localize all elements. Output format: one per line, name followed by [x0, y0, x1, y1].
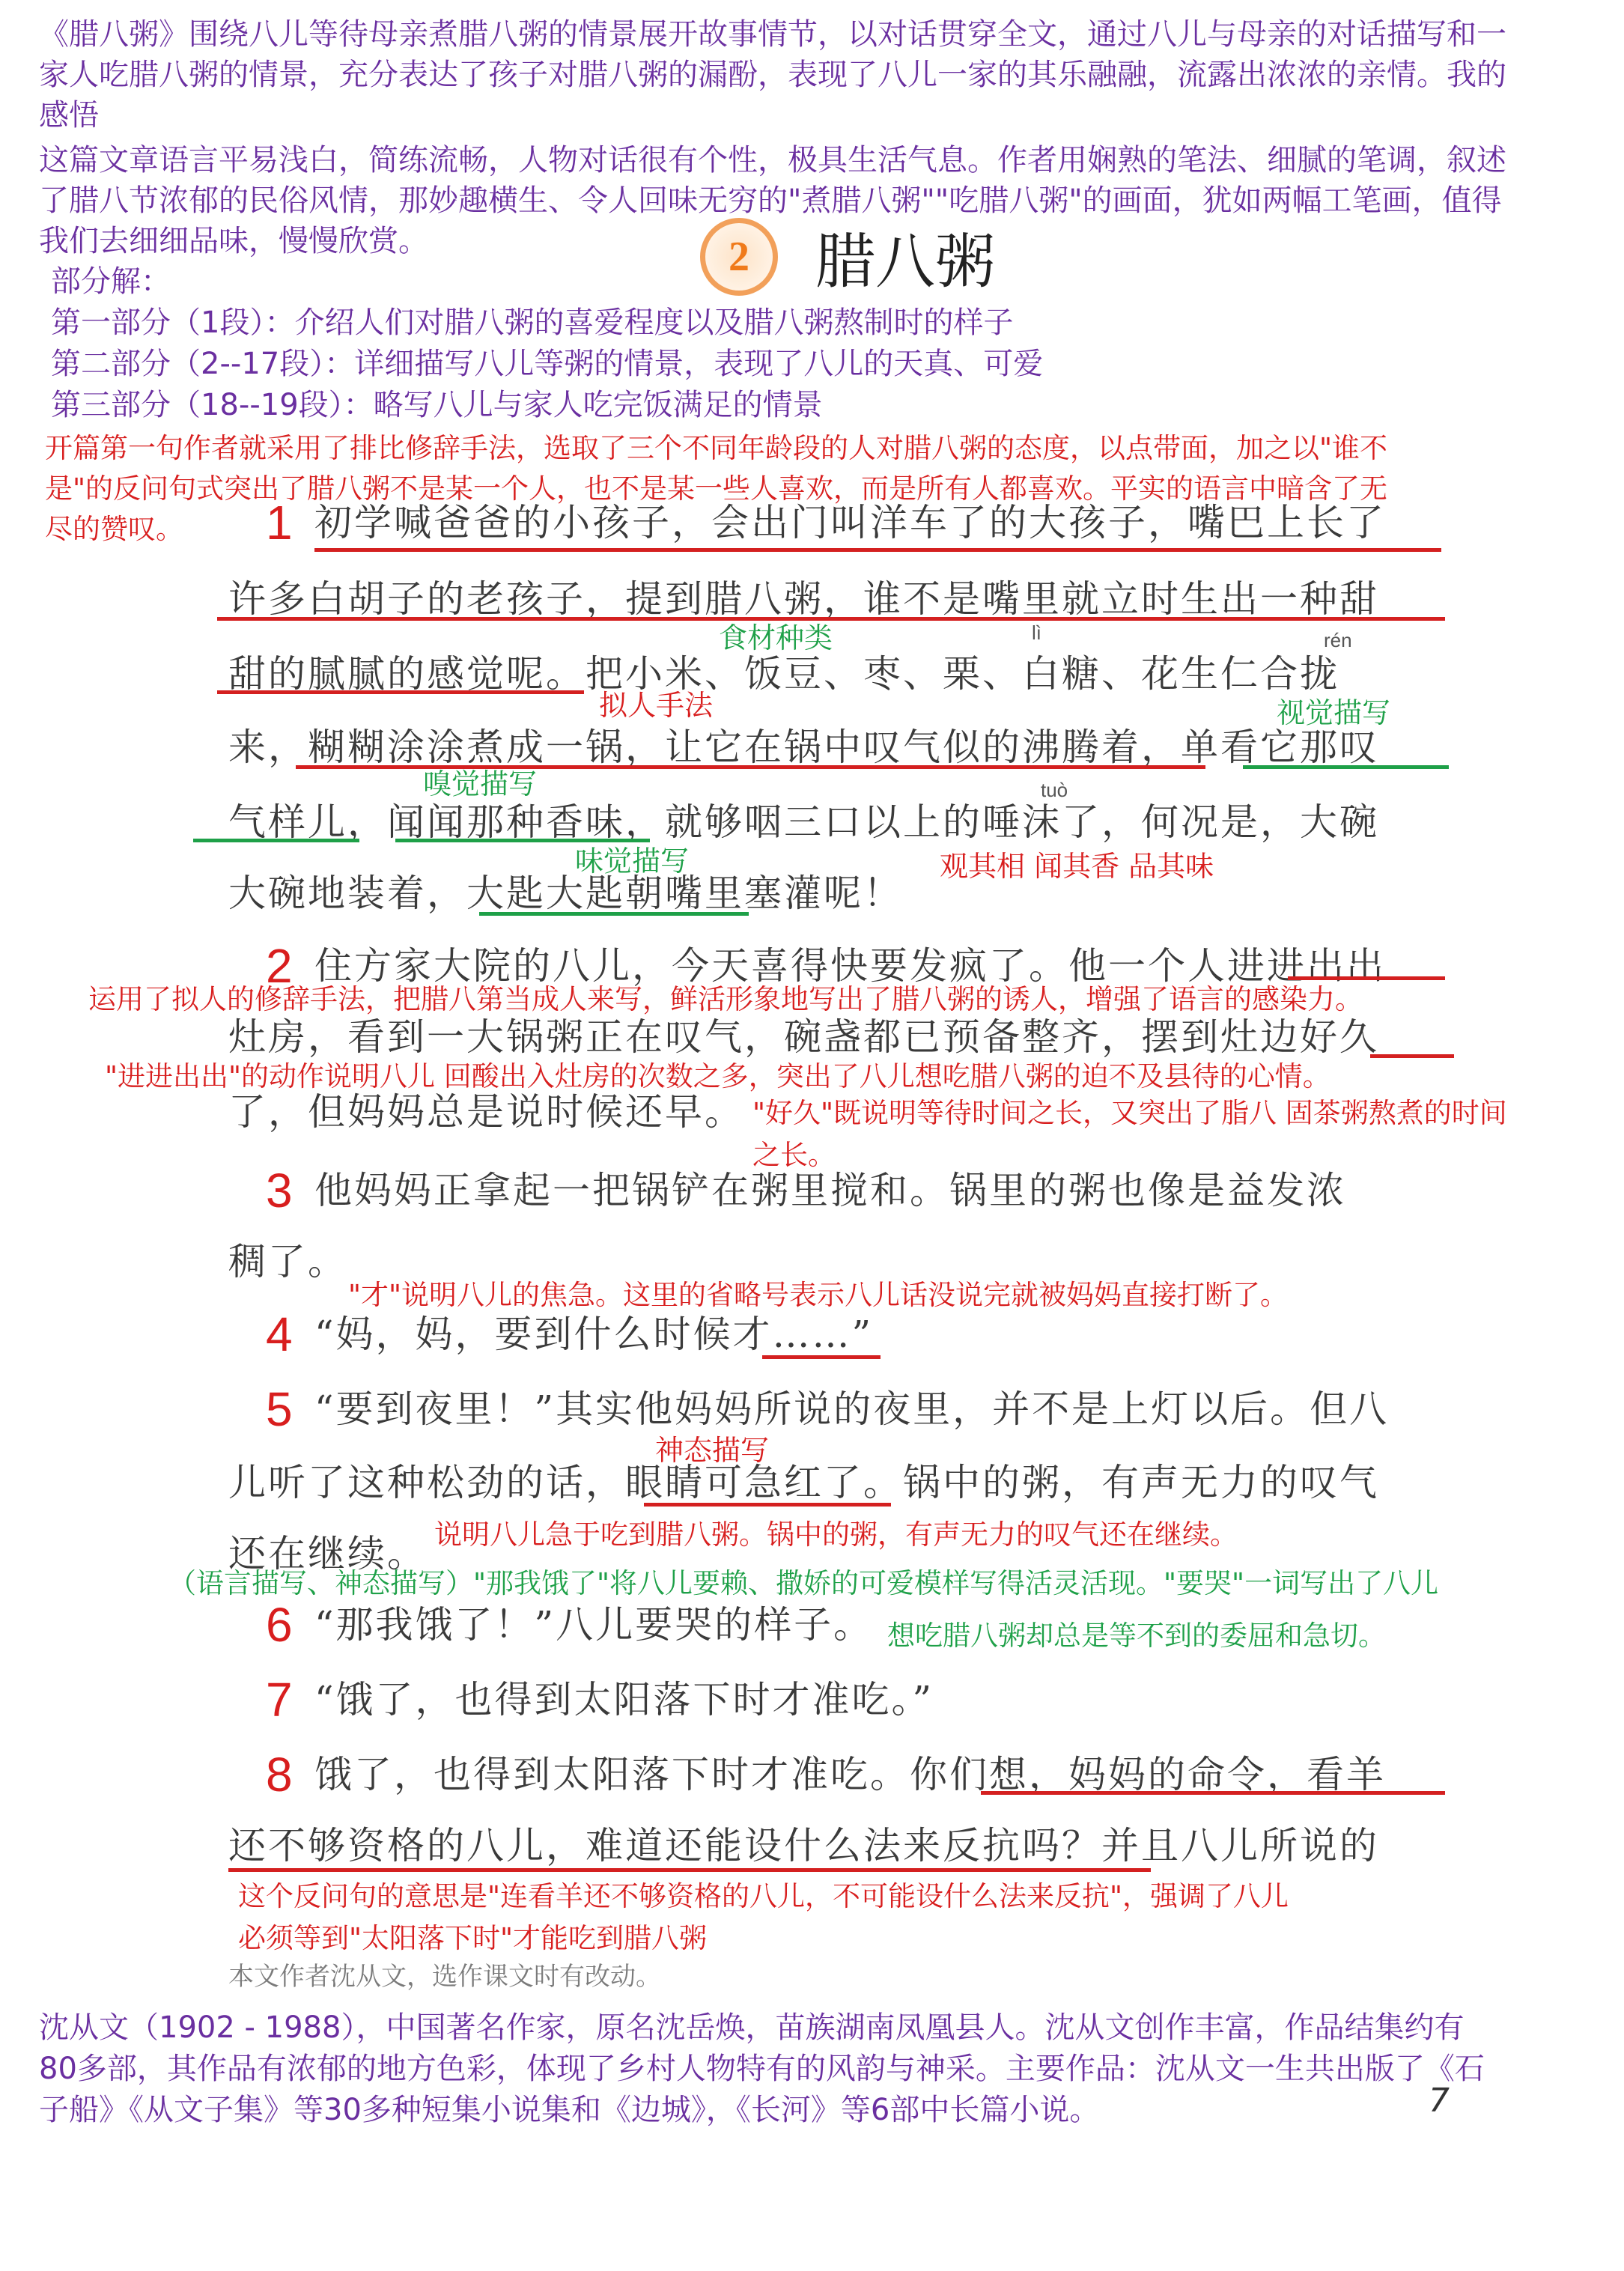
- paragraph-number-7: 7: [266, 1676, 293, 1724]
- p1-line-6: 大碗地装着，大匙大匙朝嘴里塞灌呢！: [228, 871, 903, 916]
- note-p6-line-2: 想吃腊八粥却总是等不到的委屈和急切。: [887, 1617, 1386, 1655]
- author-line-1: 沈从文（1902 - 1988），中国著名作家，原名沈岳焕，苗族湖南凤凰县人。沈…: [39, 2007, 1464, 2049]
- p1-line-4: 来，糊糊涂涂煮成一锅，让它在锅中叹气似的沸腾着，单看它那叹: [228, 725, 1379, 770]
- underline-red: [217, 690, 584, 694]
- note-p4: "才"说明八儿的焦急。这里的省略号表示八儿话没说完就被妈妈直接打断了。: [348, 1277, 1288, 1314]
- underline-red: [1288, 976, 1445, 980]
- paragraph-number-6: 6: [266, 1601, 293, 1649]
- section-part-2: 第二部分（2--17段）：详细描写八儿等粥的情景，表现了八儿的天真、可爱: [51, 343, 1043, 385]
- p6-line: “那我饿了！”八儿要哭的样子。: [314, 1602, 873, 1647]
- underline-red: [228, 1868, 1151, 1872]
- intro-summary-line-1: 《腊八粥》围绕八儿等待母亲煮腊八粥的情景展开故事情节，以对话贯穿全文，通过八儿与…: [39, 13, 1506, 55]
- pinyin-tuo: tuò: [1041, 779, 1068, 802]
- paragraph-number-4: 4: [266, 1310, 293, 1358]
- section-part-3: 第三部分（18--19段）：略写八儿与家人吃完饭满足的情景: [51, 384, 823, 426]
- source-note: 本文作者沈从文，选作课文时有改动。: [228, 1956, 661, 1992]
- p5-line-1: “要到夜里！”其实他妈妈所说的夜里，并不是上灯以后。但八: [314, 1387, 1389, 1432]
- p1-line-3: 甜的腻腻的感觉呢。把小米、饭豆、枣、栗、白糖、花生仁合拢: [228, 651, 1339, 696]
- underline-red: [981, 1791, 1445, 1795]
- paragraph-number-3: 3: [266, 1167, 293, 1214]
- pinyin-li: lì: [1032, 621, 1041, 645]
- paragraph-number-1: 1: [266, 499, 293, 547]
- tag-personification: 拟人手法: [599, 689, 713, 722]
- tag-summary: 观其相 闻其香 品其味: [940, 850, 1214, 883]
- p3-line-1: 他妈妈正拿起一把锅铲在粥里搅和。锅里的粥也像是益发浓: [314, 1168, 1346, 1213]
- p2-line-2: 灶房，看到一大锅粥正在叹气，碗盏都已预备整齐，摆到灶边好久: [228, 1015, 1379, 1060]
- underline-red: [314, 548, 1441, 552]
- p2-line-3: 了，但妈妈总是说时候还早。: [228, 1089, 744, 1134]
- note-p6-line-1: （语言描写、神态描写）"那我饿了"将八儿要赖、撒娇的可爱模样写得活灵活现。"要哭…: [168, 1565, 1438, 1602]
- underline-green: [193, 839, 359, 842]
- tag-ingredients: 食材种类: [719, 621, 833, 654]
- p1-line-2: 许多白胡子的老孩子，提到腊八粥，谁不是嘴里就立时生出一种甜: [228, 577, 1379, 621]
- author-line-3: 子船》《从文子集》等30多种短集小说集和《边城》，《长河》等6部中长篇小说。: [39, 2089, 1099, 2131]
- p5-line-2: 儿听了这种松劲的话，眼睛可急红了。锅中的粥，有声无力的叹气: [228, 1460, 1379, 1505]
- p7-line: “饿了，也得到太阳落下时才准吃。”: [314, 1677, 934, 1722]
- note-p2-personification: 运用了拟人的修辞手法，把腊八第当成人来写，鲜活形象地写出了腊八粥的诱人，增强了语…: [88, 981, 1363, 1018]
- paragraph-number-5: 5: [266, 1385, 293, 1433]
- note-opening-line-3: 尽的赞叹。: [45, 511, 183, 548]
- p1-line-5: 气样儿，闻闻那种香味，就够咽三口以上的唾沫了，何况是，大碗: [228, 800, 1379, 845]
- page-number: 7: [1429, 2082, 1450, 2120]
- underline-red: [1370, 1054, 1454, 1058]
- note-p5: 说明八儿急于吃到腊八粥。锅中的粥，有声无力的叹气还在继续。: [434, 1516, 1238, 1554]
- p4-line: “妈，妈，要到什么时候才……”: [314, 1312, 873, 1357]
- note-p8-line-1: 这个反问句的意思是"连看羊还不够资格的八儿，不可能设什么法来反抗"，强调了八儿: [238, 1878, 1289, 1915]
- reflection-line-3: 我们去细细品味，慢慢欣赏。: [39, 220, 428, 262]
- note-p8-line-2: 必须等到"太阳落下时"才能吃到腊八粥: [238, 1920, 707, 1957]
- paragraph-number-8: 8: [266, 1751, 293, 1799]
- underline-green: [1243, 765, 1449, 769]
- intro-summary-line-3: 感悟: [39, 94, 99, 136]
- p1-line-1: 初学喊爸爸的小孩子，会出门叫洋车了的大孩子，嘴巴上长了: [314, 500, 1386, 545]
- underline-red: [217, 617, 1445, 621]
- lesson-title: 2 腊八粥: [700, 213, 995, 300]
- reflection-line-1: 这篇文章语言平易浅白，简练流畅，人物对话很有个性，极具生活气息。作者用娴熟的笔法…: [39, 139, 1506, 181]
- p8-line-1: 饿了，也得到太阳落下时才准吃。你们想，妈妈的命令，看羊: [314, 1752, 1386, 1797]
- pinyin-ren: rén: [1324, 629, 1352, 652]
- author-line-2: 80多部，其作品有浓郁的地方色彩，体现了乡村人物特有的风韵与神采。主要作品：沈从…: [39, 2048, 1485, 2090]
- p8-line-2: 还不够资格的八儿，难道还能设什么法来反抗吗？并且八儿所说的: [228, 1823, 1379, 1868]
- p3-line-2: 稠了。: [228, 1239, 347, 1284]
- section-part-1: 第一部分（1段）：介绍人们对腊八粥的喜爱程度以及腊八粥熬制时的样子: [51, 302, 1013, 344]
- underline-red: [644, 1503, 891, 1507]
- lesson-title-text: 腊八粥: [815, 213, 995, 300]
- note-p2-haojiu-1: "好久"既说明等待时间之长，又突出了脂八 固茶粥熬煮的时间: [752, 1095, 1507, 1132]
- sections-heading: 部分解：: [51, 261, 171, 303]
- note-opening-line-1: 开篇第一句作者就采用了排比修辞手法，选取了三个不同年龄段的人对腊八粥的态度，以点…: [45, 430, 1387, 467]
- lesson-number-badge: 2: [700, 218, 778, 296]
- tag-smell: 嗅觉描写: [423, 767, 537, 800]
- underline-green: [395, 839, 650, 842]
- underline-red: [762, 1355, 881, 1359]
- lesson-number: 2: [729, 233, 749, 281]
- intro-summary-line-2: 家人吃腊八粥的情景，充分表达了孩子对腊八粥的漏酚，表现了八儿一家的其乐融融，流露…: [39, 54, 1506, 96]
- underline-green: [479, 912, 749, 916]
